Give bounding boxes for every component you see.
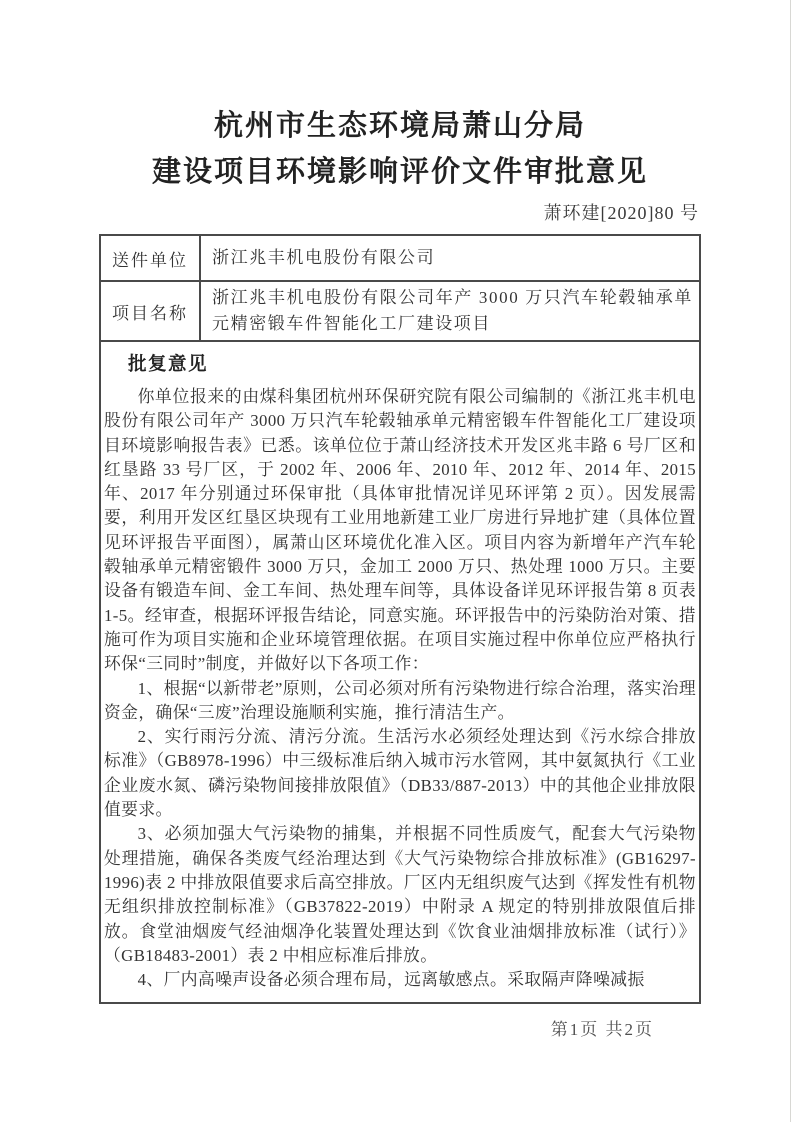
- page-number-footer: 第1页 共2页: [99, 1015, 701, 1040]
- document-title: 杭州市生态环境局萧山分局 建设项目环境影响评价文件审批意见: [99, 103, 701, 195]
- submitting-unit-value: 浙江兆丰机电股份有限公司: [200, 235, 700, 281]
- table-row-submitting-unit: 送件单位 浙江兆丰机电股份有限公司: [100, 235, 700, 281]
- document-content: 杭州市生态环境局萧山分局 建设项目环境影响评价文件审批意见 萧环建[2020]8…: [99, 0, 701, 1040]
- document-page: 杭州市生态环境局萧山分局 建设项目环境影响评价文件审批意见 萧环建[2020]8…: [0, 0, 794, 1122]
- submitting-unit-label: 送件单位: [100, 235, 200, 281]
- info-table: 送件单位 浙江兆丰机电股份有限公司 项目名称 浙江兆丰机电股份有限公司年产 30…: [99, 234, 701, 1004]
- approval-paragraph-item-1: 1、根据“以新带老”原则，公司必须对所有污染物进行综合治理，落实治理资金，确保“…: [104, 677, 696, 726]
- approval-opinion-cell: 批复意见 你单位报来的由煤科集团杭州环保研究院有限公司编制的《浙江兆丰机电股份有…: [100, 341, 700, 1003]
- approval-paragraph-item-2: 2、实行雨污分流、清污分流。生活污水必须经处理达到《污水综合排放标准》（GB89…: [104, 725, 696, 822]
- scan-edge-artifact: [790, 0, 791, 1122]
- approval-paragraph-item-4: 4、厂内高噪声设备必须合理布局，远离敏感点。采取隔声降噪减振: [104, 968, 696, 992]
- title-line-2: 建设项目环境影响评价文件审批意见: [99, 149, 701, 195]
- approval-opinion-heading: 批复意见: [128, 351, 696, 379]
- approval-paragraph-item-3: 3、必须加强大气污染物的捕集，并根据不同性质废气，配套大气污染物处理措施，确保各…: [104, 822, 696, 968]
- document-number: 萧环建[2020]80 号: [99, 201, 701, 225]
- project-name-value: 浙江兆丰机电股份有限公司年产 3000 万只汽车轮毂轴承单元精密锻车件智能化工厂…: [200, 281, 700, 341]
- table-row-approval-opinion: 批复意见 你单位报来的由煤科集团杭州环保研究院有限公司编制的《浙江兆丰机电股份有…: [100, 341, 700, 1003]
- approval-paragraph-intro: 你单位报来的由煤科集团杭州环保研究院有限公司编制的《浙江兆丰机电股份有限公司年产…: [104, 385, 696, 677]
- title-line-1: 杭州市生态环境局萧山分局: [99, 103, 701, 149]
- table-row-project-name: 项目名称 浙江兆丰机电股份有限公司年产 3000 万只汽车轮毂轴承单元精密锻车件…: [100, 281, 700, 341]
- project-name-label: 项目名称: [100, 281, 200, 341]
